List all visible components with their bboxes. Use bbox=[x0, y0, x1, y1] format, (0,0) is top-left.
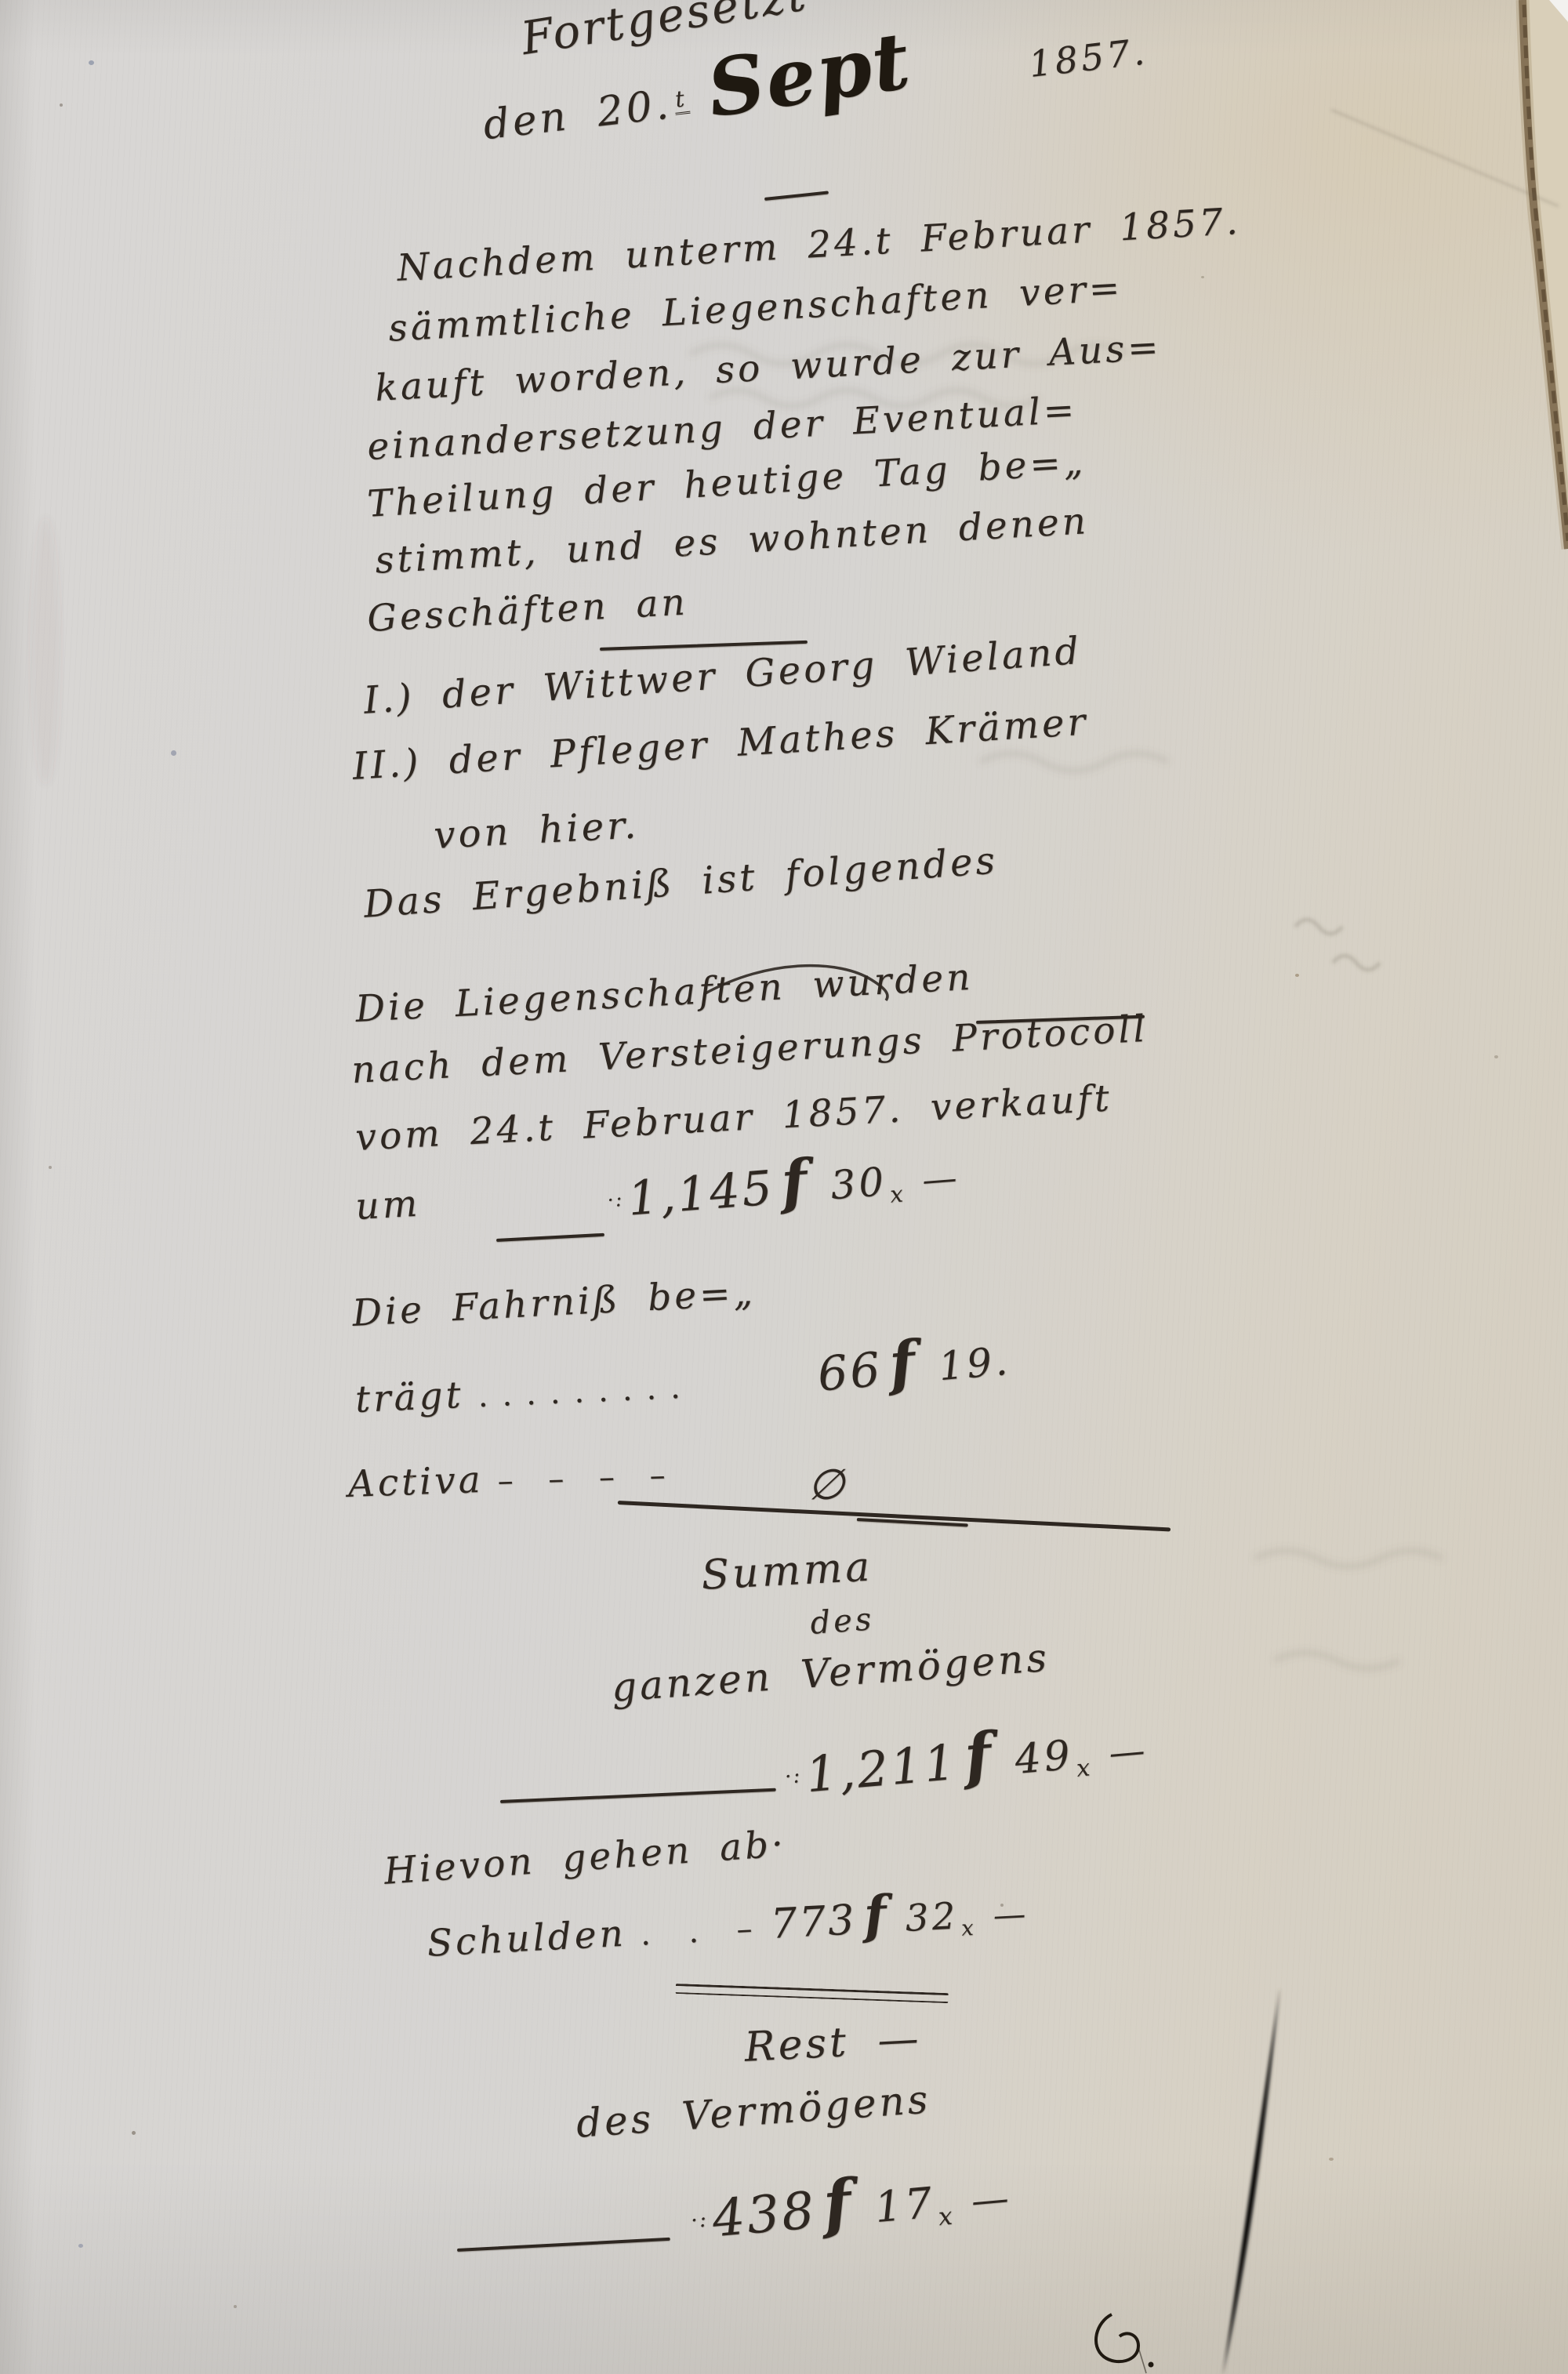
dot-dash-leader: . . – bbox=[640, 1911, 761, 1953]
kreuzer-sign: x bbox=[1076, 1754, 1094, 1783]
deckle-edge bbox=[1523, 0, 1568, 549]
sale-line-3: vom 24.t Februar 1857. verkauft bbox=[354, 1076, 1113, 1160]
intro-trailing-stroke bbox=[600, 641, 808, 651]
movables-line-2: trägt ......... bbox=[354, 1363, 695, 1421]
crease-bottom-right bbox=[1223, 1990, 1279, 2374]
kreuzer-sign: x bbox=[937, 2202, 956, 2231]
gulden-value: 773 bbox=[769, 1896, 857, 1948]
under-page bbox=[1523, 0, 1568, 549]
sale-amount: ·: 1,145 f 30 x — bbox=[605, 1145, 962, 1229]
activa-row: Activa – – – – bbox=[347, 1452, 672, 1506]
amount-trail-dash: — bbox=[920, 1158, 961, 1201]
dotted-leader: ......... bbox=[477, 1369, 695, 1414]
kreuzer-value: 30 bbox=[829, 1159, 888, 1208]
header-divider-stroke bbox=[764, 191, 829, 201]
amount-trail-dash: — bbox=[993, 1895, 1030, 1934]
summa-amount: ·: 1,211 f 49 x — bbox=[782, 1717, 1150, 1806]
rest-of-label: des Vermögens bbox=[575, 2076, 932, 2146]
gulden-value: 1,211 bbox=[804, 1733, 960, 1804]
rest-amount: ·: 438 f 17 x — bbox=[688, 2164, 1014, 2250]
activa-zero: ∅ bbox=[808, 1460, 848, 1509]
sale-amount-lead-stroke bbox=[496, 1233, 604, 1242]
kreuzer-value: 49 bbox=[1013, 1732, 1075, 1784]
summa-amount-lead-stroke bbox=[500, 1788, 776, 1803]
paper-speck bbox=[49, 1166, 52, 1169]
party-line-origin: von hier. bbox=[433, 803, 640, 858]
gulden-value: 1,145 bbox=[626, 1160, 776, 1226]
date-ordinal: t bbox=[672, 85, 691, 115]
amount-mark: ·: bbox=[784, 1764, 803, 1789]
debts-row: Schulden . . – 773 f 32 x — bbox=[426, 1886, 1030, 1966]
paper-speck bbox=[89, 60, 94, 65]
debts-label: Schulden bbox=[426, 1912, 627, 1966]
paper-speck bbox=[78, 2244, 83, 2248]
amount-trail-dash: — bbox=[970, 2176, 1014, 2223]
gulden-value: 66 bbox=[815, 1342, 884, 1403]
amount-mark: ·: bbox=[690, 2208, 709, 2234]
rest-amount-lead-stroke bbox=[457, 2238, 670, 2252]
paper-speck bbox=[1201, 276, 1204, 278]
end-flourish-mark bbox=[1096, 2314, 1154, 2373]
florin-sign: f bbox=[863, 1893, 891, 1936]
kreuzer-value: 17 bbox=[873, 2178, 937, 2232]
paper-speck bbox=[1295, 974, 1299, 977]
dash-leader: – – – – bbox=[497, 1457, 672, 1500]
gulden-value: 438 bbox=[710, 2181, 819, 2249]
paper-speck bbox=[171, 750, 176, 756]
debts-line-1: Hievon gehen ab· bbox=[383, 1822, 788, 1893]
bleed-through-numbers bbox=[1295, 920, 1380, 970]
rest-rule bbox=[676, 1984, 949, 2003]
summa-rule bbox=[618, 1501, 1171, 1531]
kreuzer-sign: x bbox=[889, 1180, 907, 1207]
florin-sign: f bbox=[963, 1731, 996, 1782]
kreuzer-value: 32 bbox=[904, 1894, 960, 1940]
movables-label: trägt bbox=[354, 1374, 465, 1421]
paper-speck bbox=[1329, 2158, 1334, 2161]
rest-title: Rest — bbox=[743, 2015, 923, 2071]
date-year: 1857. bbox=[1027, 30, 1150, 85]
paper-speck bbox=[1494, 1055, 1498, 1058]
movables-line-1: Die Fahrniß be=„ bbox=[351, 1271, 757, 1335]
date-day: den 20. bbox=[481, 81, 673, 149]
intro-line-7: Geschäften an bbox=[366, 581, 689, 641]
summa-whole-label: ganzen Vermögens bbox=[610, 1635, 1051, 1711]
sale-line-1: Die Liegenschaften wurden bbox=[354, 956, 975, 1031]
summa-of: des bbox=[809, 1601, 876, 1642]
sale-line-um: um bbox=[354, 1182, 422, 1229]
florin-sign: f bbox=[779, 1157, 811, 1207]
paper-speck bbox=[234, 2305, 237, 2308]
florin-sign: f bbox=[887, 1338, 920, 1388]
summa-title: Summa bbox=[700, 1544, 874, 1599]
crease-top-right bbox=[1331, 110, 1559, 206]
florin-sign: f bbox=[822, 2178, 856, 2231]
manuscript-scan-page: Fortgesetzt den 20. t Sept 1857. Nachdem… bbox=[0, 0, 1568, 2374]
corner-sliver bbox=[1549, 0, 1568, 22]
amount-trail-dash: — bbox=[1107, 1729, 1149, 1773]
kreuzer-sign: x bbox=[960, 1916, 977, 1941]
activa-label: Activa bbox=[347, 1458, 485, 1506]
amount-mark: ·: bbox=[607, 1188, 625, 1212]
left-margin-smudge bbox=[30, 517, 61, 784]
paper-speck bbox=[132, 2131, 136, 2135]
paper-speck bbox=[60, 103, 63, 107]
movables-amount: 66 f 19. bbox=[815, 1330, 1012, 1403]
kreuzer-value: 19. bbox=[937, 1338, 1012, 1390]
